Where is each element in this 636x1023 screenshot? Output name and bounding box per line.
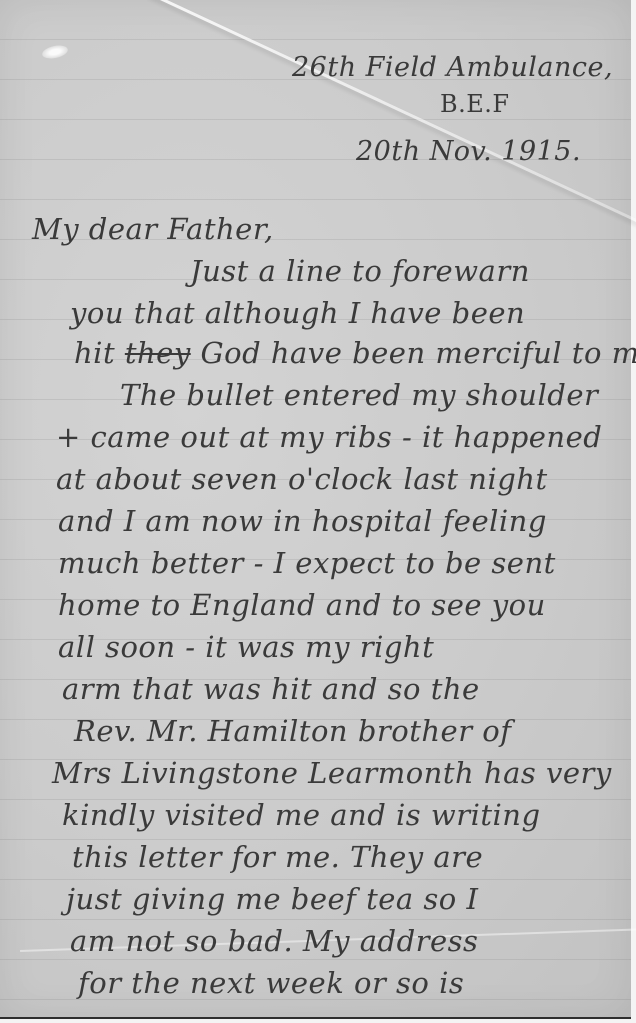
body-line-15: this letter for me. They are [72, 840, 483, 874]
header-unit: 26th Field Ambulance, [292, 52, 613, 83]
body-line-12: Rev. Mr. Hamilton brother of [74, 714, 511, 748]
body-line-6: at about seven o'clock last night [56, 462, 548, 496]
body-line-5: + came out at my ribs - it happened [56, 420, 602, 454]
paper-fold-crease [149, 0, 636, 231]
body-line-7: and I am now in hospital feeling [58, 504, 547, 538]
header-date: 20th Nov. 1915. [356, 136, 581, 167]
body-line-14: kindly visited me and is writing [62, 798, 541, 832]
body-line-13: Mrs Livingstone Learmonth has very [52, 756, 612, 790]
body-line-18: for the next week or so is [78, 966, 464, 1000]
body-line-3-end: God have been merciful to me. [200, 336, 636, 370]
header-force: B.E.F [440, 90, 510, 118]
salutation: My dear Father, [32, 212, 274, 246]
body-line-4: The bullet entered my shoulder [120, 378, 598, 412]
pin-hole-mark [41, 43, 69, 60]
body-line-16: just giving me beef tea so I [66, 882, 478, 916]
body-line-3: hit they God have been merciful to me. [74, 336, 636, 370]
body-line-2: you that although I have been [70, 296, 525, 330]
body-line-9: home to England and to see you [58, 588, 546, 622]
body-line-11: arm that was hit and so the [62, 672, 480, 706]
body-line-8: much better - I expect to be sent [58, 546, 556, 580]
body-line-1: Just a line to forewarn [190, 254, 530, 288]
body-line-3-start: hit [74, 336, 115, 370]
body-line-17: am not so bad. My address [70, 924, 478, 958]
body-line-10: all soon - it was my right [58, 630, 434, 664]
struck-word: they [125, 336, 191, 370]
letter-page: 26th Field Ambulance, B.E.F 20th Nov. 19… [0, 0, 631, 1019]
